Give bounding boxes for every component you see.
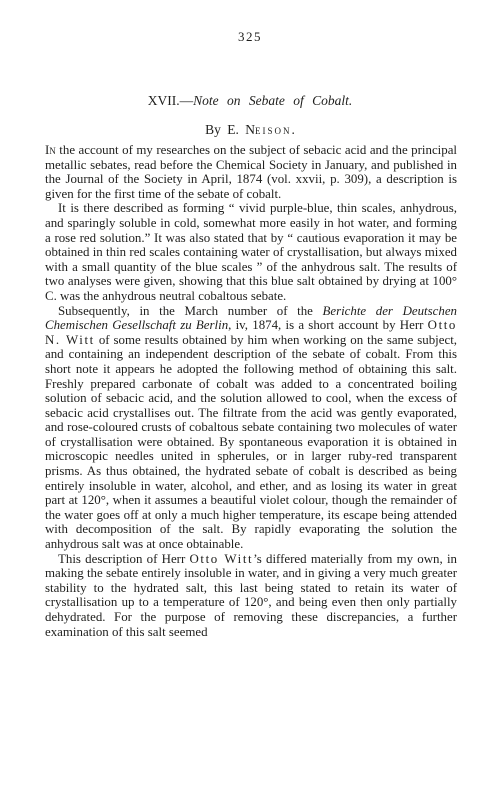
title-number: XVII.— <box>148 93 193 108</box>
paragraph-1: In the account of my researches on the s… <box>45 143 457 201</box>
page-number: 325 <box>44 29 456 45</box>
title-italic: Note on Sebate of Cobalt. <box>193 93 352 108</box>
text-run: It is there described as forming “ vivid… <box>45 201 457 303</box>
paragraph-3: Subsequently, in the March number of the… <box>45 304 457 552</box>
article-title: XVII.—Note on Sebate of Cobalt. <box>44 93 456 109</box>
article-byline: By E. Neison. <box>44 122 456 138</box>
text-run: , iv, 1874, is a short account by Herr <box>228 318 428 332</box>
paragraph-4: This description of Herr Otto Witt’s dif… <box>45 552 457 640</box>
text-run: the account of my researches on the subj… <box>45 143 457 201</box>
text-run: This description of Herr <box>58 552 189 566</box>
text-run: Subsequently, in the March number of the <box>58 304 322 318</box>
body-paragraphs: In the account of my researches on the s… <box>45 143 457 639</box>
document-page: 325 XVII.—Note on Sebate of Cobalt. By E… <box>0 0 500 786</box>
paragraph-2: It is there described as forming “ vivid… <box>45 201 457 303</box>
text-run: of some results obtained by him when wor… <box>45 333 457 551</box>
byline-prefix: By E. N <box>205 122 255 137</box>
byline-period: . <box>292 122 295 137</box>
byline-smallcaps: eison <box>255 122 292 137</box>
author-name-spaced: Otto Witt <box>189 552 253 566</box>
